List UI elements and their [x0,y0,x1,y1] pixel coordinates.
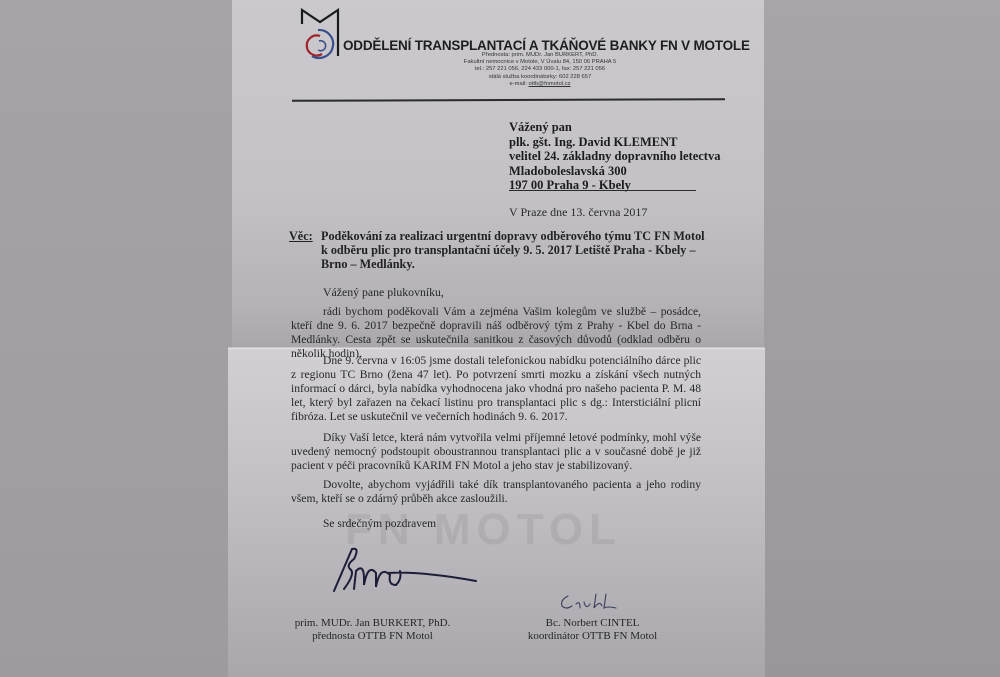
email-link[interactable]: ottb@fnmotol.cz [529,81,571,87]
subject-block: Věc: Poděkování za realizaci urgentní do… [289,229,709,271]
recipient-greeting: Vážený pan [509,120,720,135]
background-surface-left [0,0,232,677]
closing-phrase: Se srdečným pozdravem [323,518,436,530]
signature-burkert-icon [330,545,480,595]
letter-date: V Praze dne 13. června 2017 [509,205,647,220]
recipient-name: plk. gšt. Ing. David KLEMENT [509,135,720,150]
signature-cintel-icon [558,592,620,612]
signatory-name: Bc. Norbert CINTEL [520,617,665,630]
subject-label: Věc: [289,229,313,243]
signatory-cintel: Bc. Norbert CINTEL koordinátor OTTB FN M… [520,617,665,643]
recipient-block: Vážený pan plk. gšt. Ing. David KLEMENT … [509,120,720,193]
body-paragraph-3: Díky Vaší letce, která nám vytvořila vel… [291,431,701,473]
letterhead-coordinator-phone: stálá služba koordinátorky: 602 228 657 [420,74,660,81]
salutation: Vážený pane plukovníku, [323,285,444,300]
subject-text: Poděkování za realizaci urgentní dopravy… [321,229,709,271]
body-paragraph-4: Dovolte, abychom vyjádřili také dík tran… [291,478,701,506]
recipient-position: velitel 24. základny dopravního letectva [509,149,720,164]
email-label: e-mail: [509,81,526,87]
signatory-burkert: prim. MUDr. Jan BURKERT, PhD. přednosta … [290,617,455,643]
body-paragraph-2: Dne 9. června v 16:05 jsme dostali telef… [291,354,701,424]
letterhead-email-line: e-mail: ottb@fnmotol.cz [420,81,660,88]
ottb-logo-icon [298,8,342,60]
letterhead-address: Fakultní nemocnice v Motole, V Úvalu 84,… [420,59,660,66]
letterhead-details: Přednosta: prim. MUDr. Jan BURKERT, PhD.… [420,52,660,88]
body-paragraph-1: rádi bychom poděkovali Vám a zejména Vaš… [291,305,701,361]
recipient-street: Mladoboleslavská 300 [509,164,720,179]
background-surface-right [764,0,1000,677]
signatory-name: prim. MUDr. Jan BURKERT, PhD. [290,617,455,630]
signatory-title: koordinátor OTTB FN Motol [520,630,665,643]
signatory-title: přednosta OTTB FN Motol [290,630,455,643]
recipient-divider [509,190,696,191]
organization-name: ODDĚLENÍ TRANSPLANTACÍ A TKÁŇOVÉ BANKY F… [343,38,750,53]
letterhead-phone: tel.: 257 221 056, 224 433 000-1, fax: 2… [420,66,660,73]
